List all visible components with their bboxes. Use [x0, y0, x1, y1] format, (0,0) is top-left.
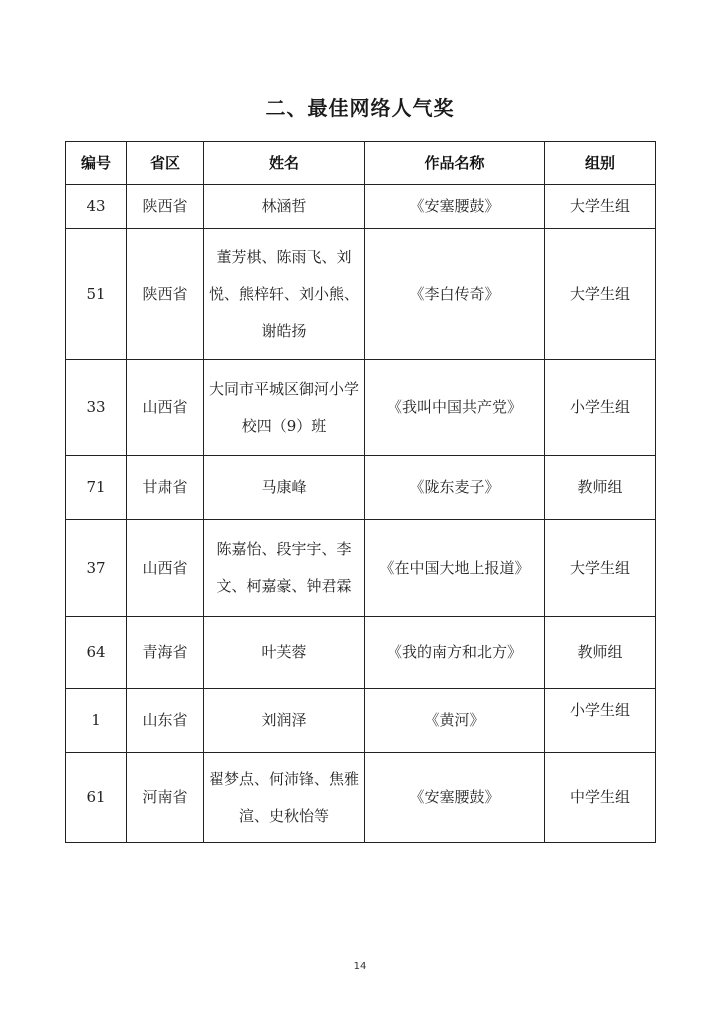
- cell-name: 陈嘉怡、段宇宇、李文、柯嘉豪、钟君霖: [204, 520, 365, 617]
- cell-work: 《安塞腰鼓》: [365, 185, 545, 229]
- cell-province: 陕西省: [127, 229, 204, 360]
- cell-id: 71: [66, 456, 127, 520]
- cell-name: 董芳棋、陈雨飞、刘悦、熊梓轩、刘小熊、谢皓扬: [204, 229, 365, 360]
- cell-province: 山东省: [127, 689, 204, 753]
- table-row: 37 山西省 陈嘉怡、段宇宇、李文、柯嘉豪、钟君霖 《在中国大地上报道》 大学生…: [66, 520, 656, 617]
- cell-group: 大学生组: [545, 520, 656, 617]
- header-province: 省区: [127, 142, 204, 185]
- cell-province: 陕西省: [127, 185, 204, 229]
- header-group: 组别: [545, 142, 656, 185]
- cell-province: 山西省: [127, 520, 204, 617]
- cell-id: 61: [66, 753, 127, 843]
- cell-group: 中学生组: [545, 753, 656, 843]
- cell-work: 《陇东麦子》: [365, 456, 545, 520]
- cell-group: 教师组: [545, 617, 656, 689]
- header-work: 作品名称: [365, 142, 545, 185]
- cell-work: 《安塞腰鼓》: [365, 753, 545, 843]
- cell-name: 叶芙蓉: [204, 617, 365, 689]
- table-row: 71 甘肃省 马康峰 《陇东麦子》 教师组: [66, 456, 656, 520]
- header-name: 姓名: [204, 142, 365, 185]
- cell-province: 甘肃省: [127, 456, 204, 520]
- awards-table: 编号 省区 姓名 作品名称 组别 43 陕西省 林涵哲 《安塞腰鼓》 大学生组 …: [65, 141, 656, 843]
- cell-id: 37: [66, 520, 127, 617]
- cell-name: 大同市平城区御河小学校四（9）班: [204, 360, 365, 456]
- cell-id: 51: [66, 229, 127, 360]
- cell-id: 33: [66, 360, 127, 456]
- cell-work: 《我的南方和北方》: [365, 617, 545, 689]
- table-row: 61 河南省 翟梦点、何沛锋、焦雅渲、史秋怡等 《安塞腰鼓》 中学生组: [66, 753, 656, 843]
- cell-group: 大学生组: [545, 185, 656, 229]
- cell-province: 山西省: [127, 360, 204, 456]
- cell-id: 64: [66, 617, 127, 689]
- cell-province: 青海省: [127, 617, 204, 689]
- cell-name: 林涵哲: [204, 185, 365, 229]
- cell-name: 刘润泽: [204, 689, 365, 753]
- cell-id: 1: [66, 689, 127, 753]
- cell-group: 小学生组: [545, 689, 656, 753]
- cell-name: 马康峰: [204, 456, 365, 520]
- cell-work: 《我叫中国共产党》: [365, 360, 545, 456]
- table-row: 64 青海省 叶芙蓉 《我的南方和北方》 教师组: [66, 617, 656, 689]
- table-row: 43 陕西省 林涵哲 《安塞腰鼓》 大学生组: [66, 185, 656, 229]
- cell-province: 河南省: [127, 753, 204, 843]
- cell-name: 翟梦点、何沛锋、焦雅渲、史秋怡等: [204, 753, 365, 843]
- cell-work: 《在中国大地上报道》: [365, 520, 545, 617]
- table-header-row: 编号 省区 姓名 作品名称 组别: [66, 142, 656, 185]
- cell-work: 《李白传奇》: [365, 229, 545, 360]
- page-title: 二、最佳网络人气奖: [0, 92, 720, 121]
- cell-id: 43: [66, 185, 127, 229]
- cell-work: 《黄河》: [365, 689, 545, 753]
- header-id: 编号: [66, 142, 127, 185]
- table-row: 1 山东省 刘润泽 《黄河》 小学生组: [66, 689, 656, 753]
- cell-group: 教师组: [545, 456, 656, 520]
- table-row: 33 山西省 大同市平城区御河小学校四（9）班 《我叫中国共产党》 小学生组: [66, 360, 656, 456]
- cell-group: 小学生组: [545, 360, 656, 456]
- table-row: 51 陕西省 董芳棋、陈雨飞、刘悦、熊梓轩、刘小熊、谢皓扬 《李白传奇》 大学生…: [66, 229, 656, 360]
- cell-group: 大学生组: [545, 229, 656, 360]
- page-number: 14: [0, 961, 720, 972]
